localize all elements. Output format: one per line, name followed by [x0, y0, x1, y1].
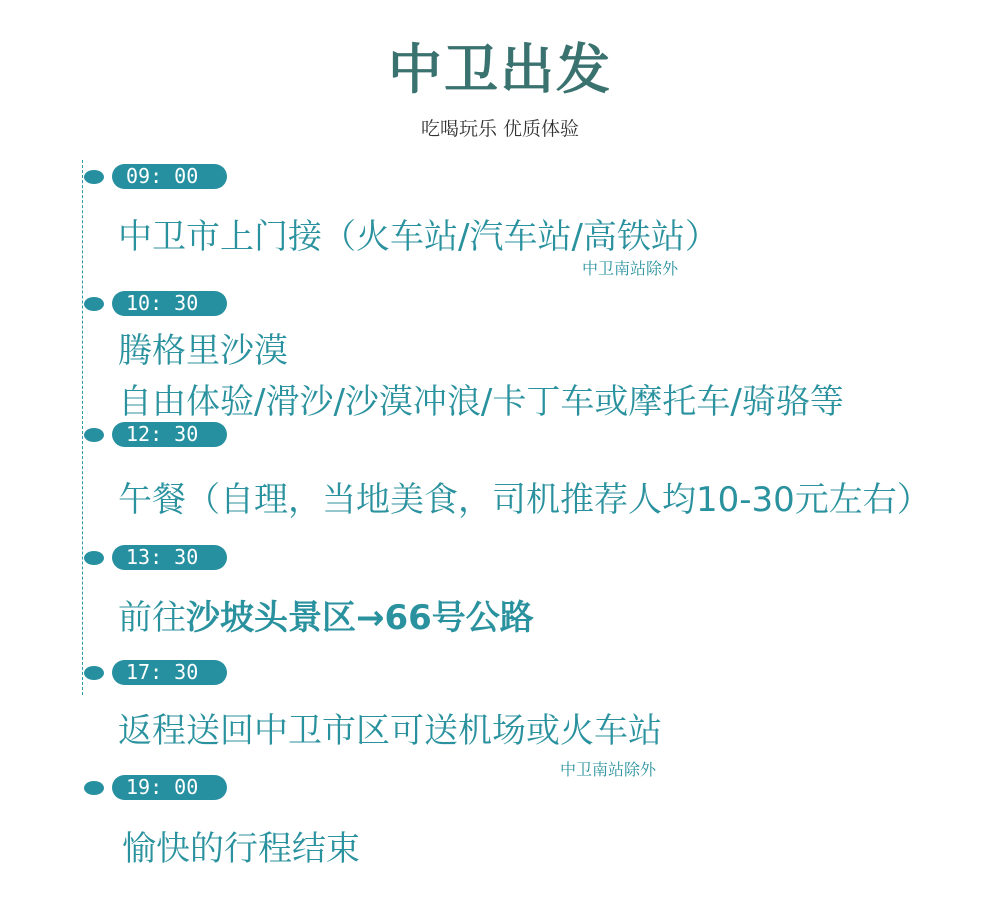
page-title: 中卫出发: [0, 38, 1000, 102]
time-badge: 19: 00: [112, 775, 227, 800]
timeline-dot: [84, 297, 104, 311]
timeline-item-text: 午餐（自理，当地美食，司机推荐人均10-30元左右）: [118, 479, 931, 521]
timeline-dashed-line: [82, 160, 83, 695]
timeline-item-text: 前往沙坡头景区→66号公路: [118, 597, 534, 639]
timeline-item-text: 中卫市上门接（火车站/汽车站/高铁站）: [118, 216, 719, 258]
time-badge: 12: 30: [112, 422, 227, 447]
timeline-item-text: 腾格里沙漠: [118, 330, 288, 372]
timeline-item-text: 返程送回中卫市区可送机场或火车站: [118, 710, 662, 752]
time-badge: 13: 30: [112, 545, 227, 570]
page-subtitle: 吃喝玩乐 优质体验: [0, 116, 1000, 142]
time-badge: 09: 00: [112, 164, 227, 189]
timeline-dot: [84, 170, 104, 184]
timeline-dot: [84, 666, 104, 680]
timeline-dot: [84, 551, 104, 565]
timeline-dot: [84, 428, 104, 442]
timeline-dot: [84, 781, 104, 795]
text-highlight: 沙坡头景区→66号公路: [186, 598, 534, 638]
text-prefix: 前往: [118, 598, 186, 638]
timeline-note: 中卫南站除外: [560, 760, 656, 780]
timeline-note: 中卫南站除外: [582, 259, 678, 279]
time-badge: 10: 30: [112, 291, 227, 316]
time-badge: 17: 30: [112, 660, 227, 685]
timeline-item-text: 愉快的行程结束: [122, 828, 360, 870]
timeline-item-text: 自由体验/滑沙/沙漠冲浪/卡丁车或摩托车/骑骆等: [118, 381, 844, 423]
